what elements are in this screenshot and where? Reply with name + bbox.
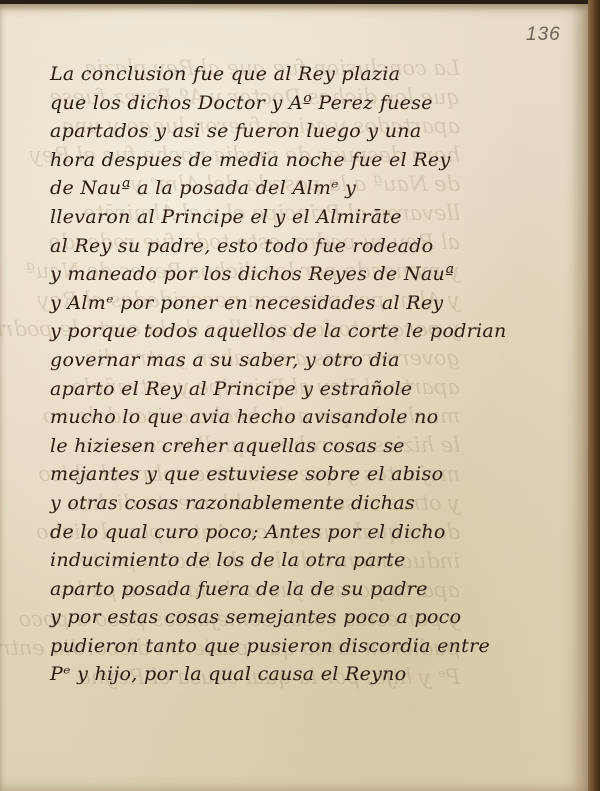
manuscript-line: apartados y asi se fueron luego y una: [50, 117, 480, 146]
manuscript-line: mejantes y que estuviese sobre el abiso: [50, 460, 480, 489]
manuscript-line: le hiziesen creher aquellas cosas se: [50, 432, 480, 461]
folio-number: 136: [526, 24, 561, 46]
manuscript-line: y Almᵉ por poner en necesidades al Rey: [50, 289, 480, 318]
manuscript-line: La conclusion fue que al Rey plazia: [50, 60, 480, 89]
manuscript-line: aparto posada fuera de la de su padre: [50, 575, 480, 604]
manuscript-line: governar mas a su saber, y otro dia: [50, 346, 480, 375]
manuscript-line: que los dichos Doctor y Aº Perez fuese: [50, 89, 480, 118]
manuscript-line: y otras cosas razonablemente dichas: [50, 489, 480, 518]
manuscript-line: pudieron tanto que pusieron discordia en…: [50, 632, 480, 661]
binding-edge: [588, 0, 600, 791]
manuscript-line: y maneado por los dichos Reyes de Nauª: [50, 260, 480, 289]
manuscript-line: y por estas cosas semejantes poco a poco: [50, 603, 480, 632]
manuscript-line: aparto el Rey al Principe y estrañole: [50, 375, 480, 404]
manuscript-line: hora despues de media noche fue el Rey: [50, 146, 480, 175]
manuscript-line: de lo qual curo poco; Antes por el dicho: [50, 518, 480, 547]
manuscript-line: y porque todos aquellos de la corte le p…: [50, 317, 480, 346]
manuscript-text: La conclusion fue que al Rey plazia que …: [50, 60, 480, 689]
manuscript-line: de Nauª a la posada del Almᵉ y: [50, 174, 480, 203]
manuscript-line: mucho lo que avia hecho avisandole no: [50, 403, 480, 432]
manuscript-line: al Rey su padre, esto todo fue rodeado: [50, 232, 480, 261]
manuscript-page: 136 La conclusion fue que al Rey plazia …: [0, 4, 588, 791]
manuscript-line: Pᵉ y hijo, por la qual causa el Reyno: [50, 660, 480, 689]
manuscript-line: inducimiento de los de la otra parte: [50, 546, 480, 575]
manuscript-line: llevaron al Principe el y el Almirāte: [50, 203, 480, 232]
